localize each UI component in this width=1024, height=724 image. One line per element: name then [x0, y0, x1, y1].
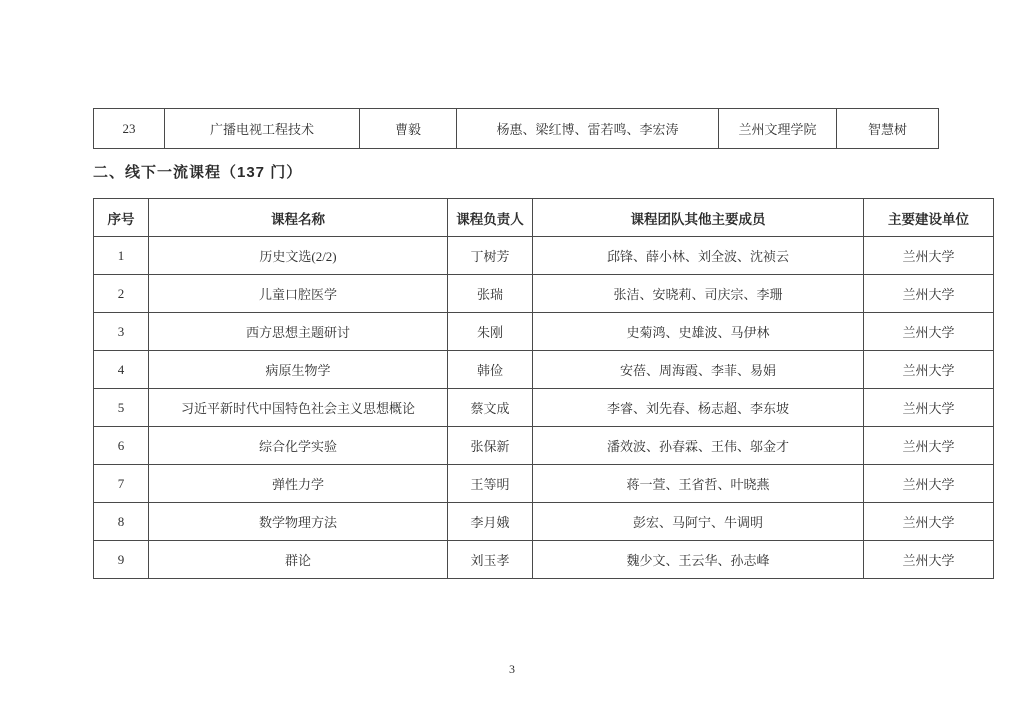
table-cell: 潘效波、孙春霖、王伟、邬金才 [533, 427, 864, 465]
table-row: 2儿童口腔医学张瑞张洁、安晓莉、司庆宗、李珊兰州大学 [94, 275, 994, 313]
table-cell: 7 [94, 465, 149, 503]
table-row: 4病原生物学韩俭安蓓、周海霞、李菲、易娟兰州大学 [94, 351, 994, 389]
table-cell: 李睿、刘先春、杨志超、李东坡 [533, 389, 864, 427]
table-cell: 弹性力学 [149, 465, 448, 503]
table-cell: 张洁、安晓莉、司庆宗、李珊 [533, 275, 864, 313]
table-cell: 病原生物学 [149, 351, 448, 389]
table-row: 1历史文选(2/2)丁树芳邱锋、薛小林、刘全波、沈祯云兰州大学 [94, 237, 994, 275]
header-course-name: 课程名称 [149, 199, 448, 237]
table-cell: 群论 [149, 541, 448, 579]
table-row: 9群论刘玉孝魏少文、王云华、孙志峰兰州大学 [94, 541, 994, 579]
table-cell: 安蓓、周海霞、李菲、易娟 [533, 351, 864, 389]
table-cell: 西方思想主题研讨 [149, 313, 448, 351]
table-cell: 刘玉孝 [448, 541, 533, 579]
cell-team-members: 杨惠、梁红博、雷若鸣、李宏涛 [457, 109, 719, 149]
header-row-number: 序号 [94, 199, 149, 237]
table-cell: 蒋一萱、王省哲、叶晓燕 [533, 465, 864, 503]
table-cell: 兰州大学 [864, 275, 994, 313]
table-cell: 儿童口腔医学 [149, 275, 448, 313]
table-cell: 兰州大学 [864, 237, 994, 275]
table-row: 7弹性力学王等明蒋一萱、王省哲、叶晓燕兰州大学 [94, 465, 994, 503]
table-header-row: 序号 课程名称 课程负责人 课程团队其他主要成员 主要建设单位 [94, 199, 994, 237]
table-cell: 数学物理方法 [149, 503, 448, 541]
cell-course-leader: 曹毅 [360, 109, 457, 149]
table-cell: 张保新 [448, 427, 533, 465]
table-cell: 兰州大学 [864, 351, 994, 389]
table-cell: 张瑞 [448, 275, 533, 313]
table-cell: 丁树芳 [448, 237, 533, 275]
continuation-table: 23 广播电视工程技术 曹毅 杨惠、梁红博、雷若鸣、李宏涛 兰州文理学院 智慧树 [93, 108, 939, 149]
table-cell: 9 [94, 541, 149, 579]
document-page: 23 广播电视工程技术 曹毅 杨惠、梁红博、雷若鸣、李宏涛 兰州文理学院 智慧树… [0, 0, 1024, 724]
table-cell: 3 [94, 313, 149, 351]
table-row: 8数学物理方法李月娥彭宏、马阿宁、牛调明兰州大学 [94, 503, 994, 541]
cell-institution: 兰州文理学院 [719, 109, 837, 149]
offline-courses-table: 序号 课程名称 课程负责人 课程团队其他主要成员 主要建设单位 1历史文选(2/… [93, 198, 994, 579]
table-cell: 史菊鸿、史雄波、马伊林 [533, 313, 864, 351]
page-number: 3 [0, 662, 1024, 677]
table-cell: 兰州大学 [864, 503, 994, 541]
table-cell: 彭宏、马阿宁、牛调明 [533, 503, 864, 541]
cell-row-number: 23 [94, 109, 165, 149]
cell-course-name: 广播电视工程技术 [165, 109, 360, 149]
table-cell: 兰州大学 [864, 427, 994, 465]
table-cell: 兰州大学 [864, 389, 994, 427]
table-cell: 习近平新时代中国特色社会主义思想概论 [149, 389, 448, 427]
table-cell: 王等明 [448, 465, 533, 503]
table-cell: 1 [94, 237, 149, 275]
table-cell: 兰州大学 [864, 465, 994, 503]
table-cell: 综合化学实验 [149, 427, 448, 465]
table-cell: 历史文选(2/2) [149, 237, 448, 275]
section-heading: 二、线下一流课程（137 门） [93, 161, 302, 182]
table-cell: 蔡文成 [448, 389, 533, 427]
header-course-leader: 课程负责人 [448, 199, 533, 237]
table-body: 1历史文选(2/2)丁树芳邱锋、薛小林、刘全波、沈祯云兰州大学2儿童口腔医学张瑞… [94, 237, 994, 579]
table-cell: 魏少文、王云华、孙志峰 [533, 541, 864, 579]
header-team-members: 课程团队其他主要成员 [533, 199, 864, 237]
header-institution: 主要建设单位 [864, 199, 994, 237]
table-cell: 2 [94, 275, 149, 313]
table-row: 6综合化学实验张保新潘效波、孙春霖、王伟、邬金才兰州大学 [94, 427, 994, 465]
table-cell: 邱锋、薛小林、刘全波、沈祯云 [533, 237, 864, 275]
table-cell: 李月娥 [448, 503, 533, 541]
table-cell: 8 [94, 503, 149, 541]
table-cell: 朱刚 [448, 313, 533, 351]
table-cell: 韩俭 [448, 351, 533, 389]
cell-platform: 智慧树 [837, 109, 939, 149]
table-row: 23 广播电视工程技术 曹毅 杨惠、梁红博、雷若鸣、李宏涛 兰州文理学院 智慧树 [94, 109, 939, 149]
table-cell: 5 [94, 389, 149, 427]
table-cell: 6 [94, 427, 149, 465]
table-cell: 兰州大学 [864, 541, 994, 579]
table-row: 5习近平新时代中国特色社会主义思想概论蔡文成李睿、刘先春、杨志超、李东坡兰州大学 [94, 389, 994, 427]
table-cell: 4 [94, 351, 149, 389]
table-cell: 兰州大学 [864, 313, 994, 351]
table-row: 3西方思想主题研讨朱刚史菊鸿、史雄波、马伊林兰州大学 [94, 313, 994, 351]
